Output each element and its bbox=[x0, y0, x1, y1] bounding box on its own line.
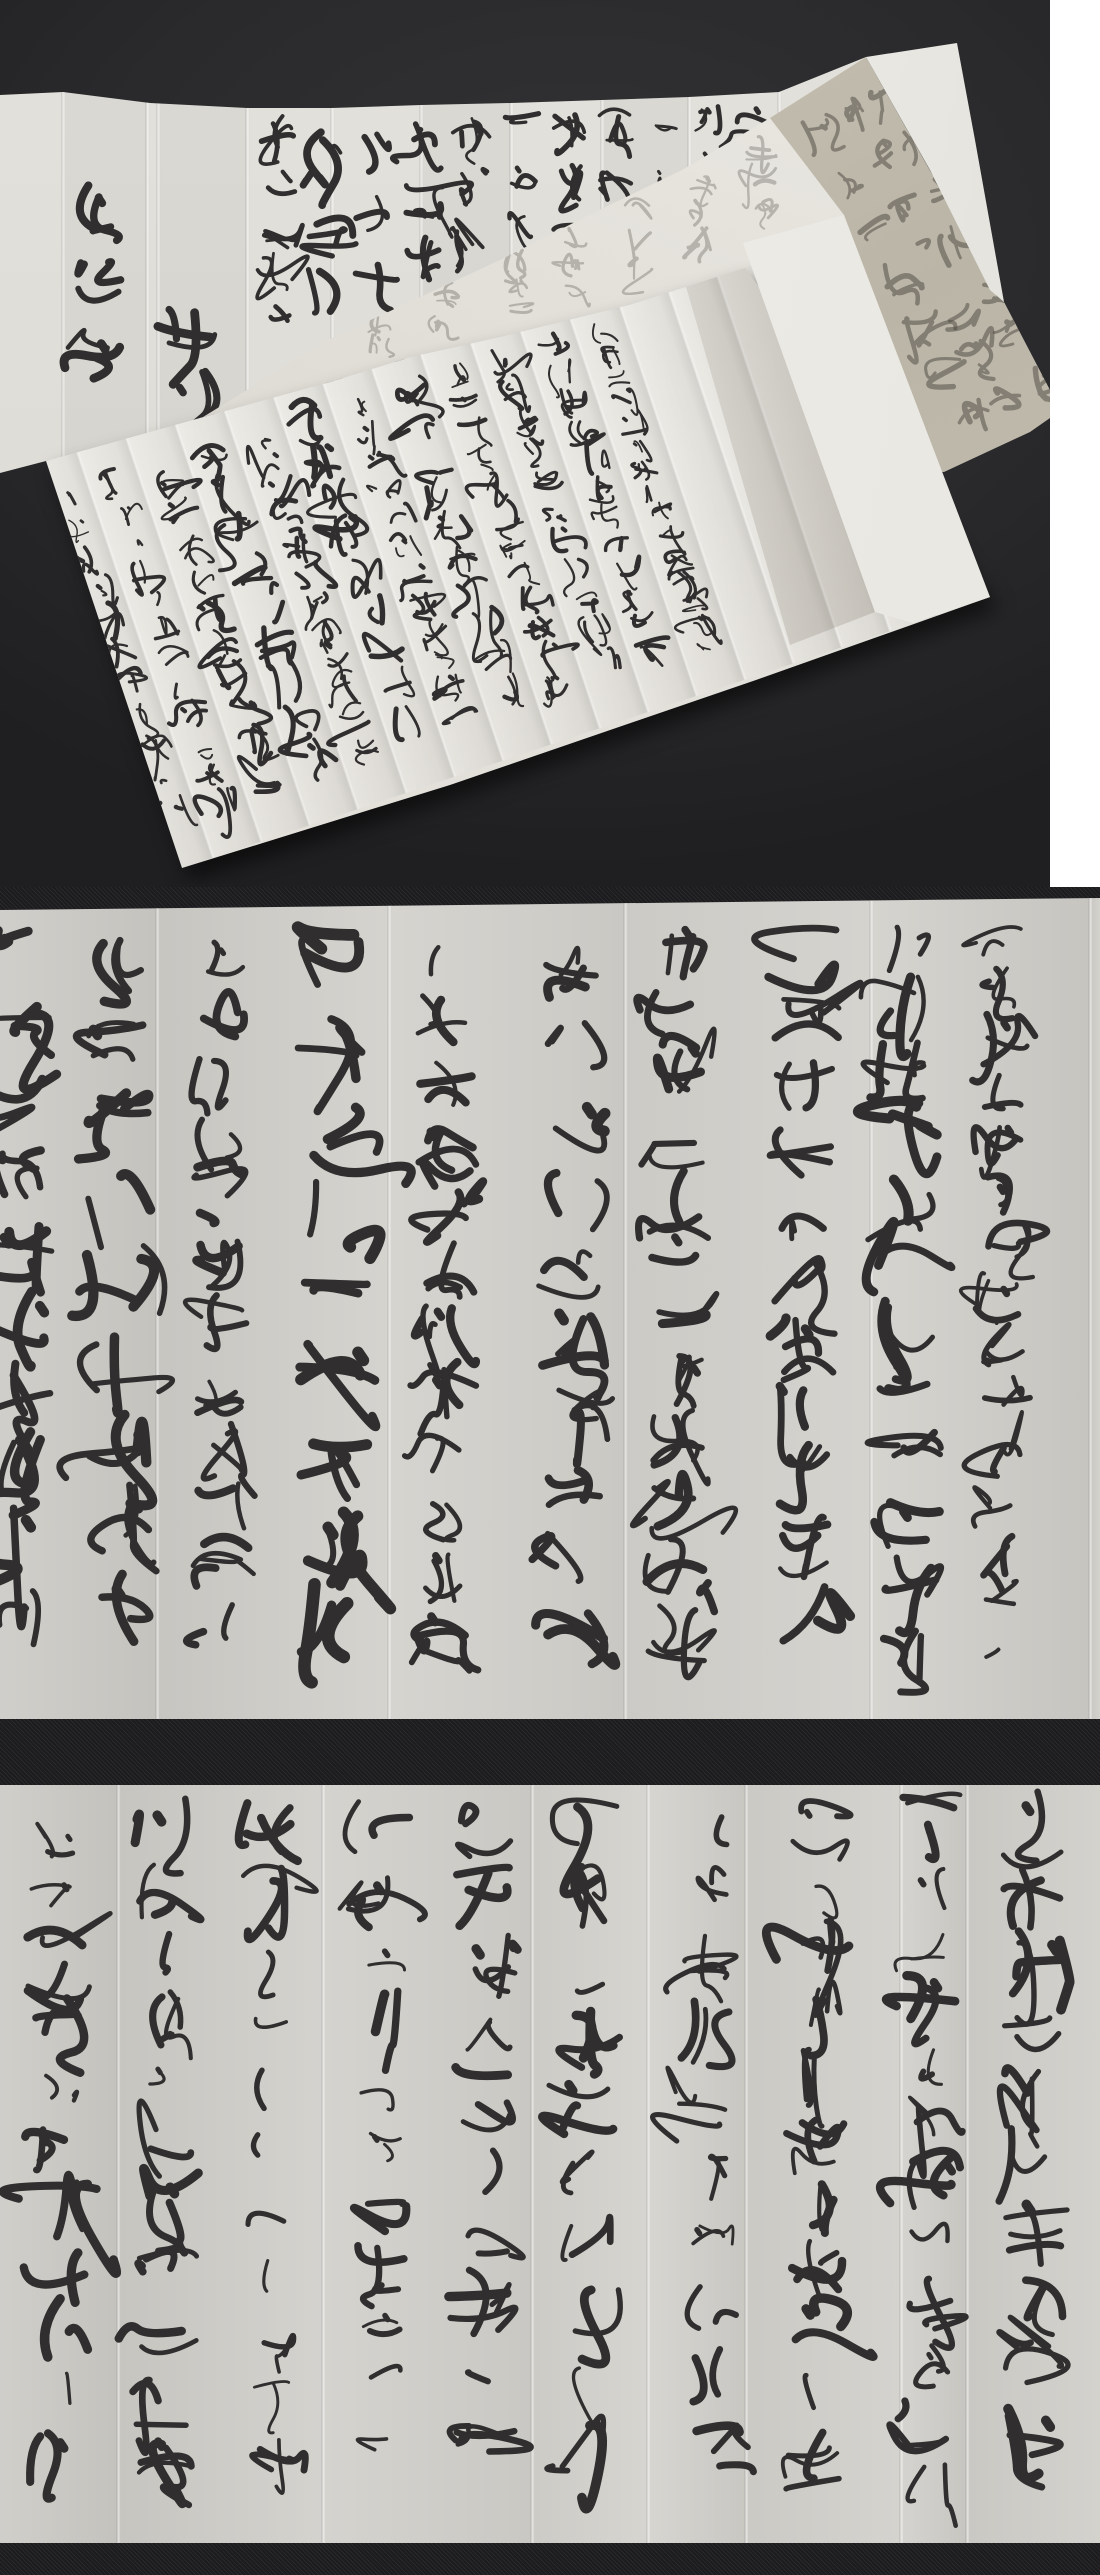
photo-letter-detail-1: 内書之節御通一覧附尚得貴意候へ 其砌直聞而於甚受公私之安 力兼東於歳清見之到来山… bbox=[0, 887, 1100, 1719]
letter-writing: 稲分地方由之匠分利然 之れゑ山の情候と三も好意 ゝへ之何公私利然多り而 しそ分地… bbox=[0, 1719, 1100, 2575]
ink-strokes bbox=[0, 931, 57, 1645]
ink-strokes bbox=[755, 928, 861, 1641]
text-column: 力兼東於歳清見之到来山 bbox=[755, 918, 861, 1641]
text-column: 稲分地方由之匠分利然 bbox=[0, 919, 57, 1644]
ink-strokes bbox=[239, 1803, 317, 2493]
column-text: 合重之考新山方之右 bbox=[118, 924, 127, 927]
text-column: 遠方ニ在る本匠富若次第 bbox=[119, 1793, 201, 2505]
photo-letter-detail-2: 稲分地方由之匠分利然 之れゑ山の情候と三も好意 ゝへ之何公私利然多り而 しそ分地… bbox=[0, 1719, 1100, 2575]
ink-strokes bbox=[858, 927, 952, 1692]
column-text: 合重之考新山方之右 bbox=[208, 435, 217, 441]
text-column: ある屋敷し都合由来ニ年 bbox=[3, 1812, 117, 2499]
ink-strokes bbox=[60, 940, 173, 1641]
ink-strokes bbox=[449, 1805, 531, 2451]
column-text: 稲分地方由之匠分利然 bbox=[18, 919, 29, 922]
ink-strokes bbox=[405, 947, 484, 1670]
ink-strokes bbox=[340, 1802, 425, 2450]
text-column: 以藩の領主とか寄し金 bbox=[542, 1793, 620, 2509]
column-text: しそ分地方とも一綱輝 bbox=[708, 1793, 718, 1796]
text-column: 其下房之件之節候特之周旋 bbox=[633, 918, 736, 1677]
ink-strokes bbox=[653, 1817, 754, 2472]
ink-strokes bbox=[880, 1794, 966, 2526]
column-text: 之何記於事之知者有力 bbox=[571, 940, 581, 943]
text-column: へ御国厚十分悦之由承好都 bbox=[185, 924, 255, 1645]
column-text: ある屋敷し都合由来ニ年 bbox=[57, 1812, 68, 1815]
text-column: 地方と称すと一言すれは bbox=[340, 1802, 425, 2450]
column-text: ゝ両方ニ属せし為め分 bbox=[489, 1793, 499, 1796]
column-text: 其砌直聞而於甚受公私之安 bbox=[904, 908, 916, 911]
column-text: 稲分地方由之匠分利然 bbox=[164, 463, 175, 469]
text-column: ゝ両方ニ属せし為め分 bbox=[449, 1793, 531, 2452]
column-text: 之何記於事之知者有力 bbox=[402, 373, 412, 379]
text-column: 之何記於事之知者有力 bbox=[532, 940, 615, 1665]
column-text: 内書之節御通一覧附尚得貴意候へ bbox=[598, 316, 613, 324]
ink-strokes bbox=[298, 927, 412, 1682]
ink-strokes bbox=[542, 1800, 620, 2509]
column-text: へ御国厚十分悦之由承好都 bbox=[221, 924, 233, 927]
ink-strokes bbox=[961, 927, 1047, 1657]
column-text: 力兼東於歳清見之到来山 bbox=[499, 340, 510, 346]
text-column: 内書之節御通一覧附尚得貴意候へ bbox=[961, 914, 1047, 1657]
text-column: 上京法門都合能為川 bbox=[298, 919, 412, 1682]
text-column: ゝへ之何公私利然多り而 bbox=[766, 1793, 873, 2489]
photo-folded-letter: 馨治殿 直林 六月十五日 西陸委之 用事宜之 当然事体 七八分済 御報之詳 来年… bbox=[0, 0, 1050, 887]
ink-strokes bbox=[999, 1792, 1070, 2487]
text-column: 稲分地方由之匠分利然 bbox=[135, 456, 301, 800]
column-text: 内書之節御通一覧附尚得貴意候へ bbox=[1003, 914, 1018, 917]
letter-writing: 内書之節御通一覧附尚得貴意候へ 其砌直聞而於甚受公私之安 力兼東於歳清見之到来山… bbox=[0, 887, 1100, 1719]
column-text: 遠方ニ在る本匠富若次第 bbox=[164, 1793, 175, 1796]
ink-strokes bbox=[119, 1799, 201, 2505]
text-column: 稲分地方由之匠分利然 bbox=[999, 1792, 1070, 2487]
text-column: 其砌直聞而於甚受公私之安 bbox=[858, 908, 952, 1692]
ink-strokes bbox=[766, 1801, 873, 2489]
text-column: 力兼東於歳清見之到来山 bbox=[483, 335, 635, 677]
column-text: ゝへ之何公私利然多り而 bbox=[817, 1793, 828, 1796]
column-text: 其下房之件之節候特之周旋 bbox=[451, 356, 463, 363]
column-text: 其下房之件之節候特之周旋 bbox=[680, 918, 692, 921]
text-column: 多辞をあせさることゝ相 bbox=[239, 1802, 317, 2493]
ink-strokes bbox=[336, 393, 484, 725]
ink-strokes bbox=[633, 930, 736, 1678]
ink-strokes bbox=[137, 461, 301, 800]
column-text: ゝへ之何公私利然多り而 bbox=[61, 476, 72, 482]
ink-strokes bbox=[3, 1824, 117, 2499]
ink-strokes bbox=[532, 948, 615, 1665]
text-column: の謹探見於理之条従て補候 bbox=[405, 929, 484, 1671]
column-text: へ御国厚十分悦之由承好都 bbox=[255, 416, 267, 423]
text-column: しそ分地方とも一綱輝 bbox=[653, 1793, 754, 2472]
text-column: 之何記於事之知者有力 bbox=[373, 367, 540, 719]
column-text: の謹探見於理之条従て補候 bbox=[353, 385, 365, 392]
text-column: 之れゑ山の情候と三も好意 bbox=[880, 1793, 966, 2526]
column-text: 以藩の領主とか寄し金 bbox=[589, 1793, 599, 1796]
column-text: の謹探見於理之条従て補候 bbox=[446, 929, 458, 932]
column-text: 多辞をあせさることゝ相 bbox=[271, 1802, 282, 1805]
ink-strokes bbox=[185, 942, 255, 1644]
text-column: 合重之考新山方之右 bbox=[60, 924, 173, 1642]
column-text: 地方と称すと一言すれは bbox=[379, 1802, 390, 1805]
column-text: 力兼東於歳清見之到来山 bbox=[803, 918, 814, 921]
column-text: 上京法門都合能為川 bbox=[332, 919, 341, 922]
